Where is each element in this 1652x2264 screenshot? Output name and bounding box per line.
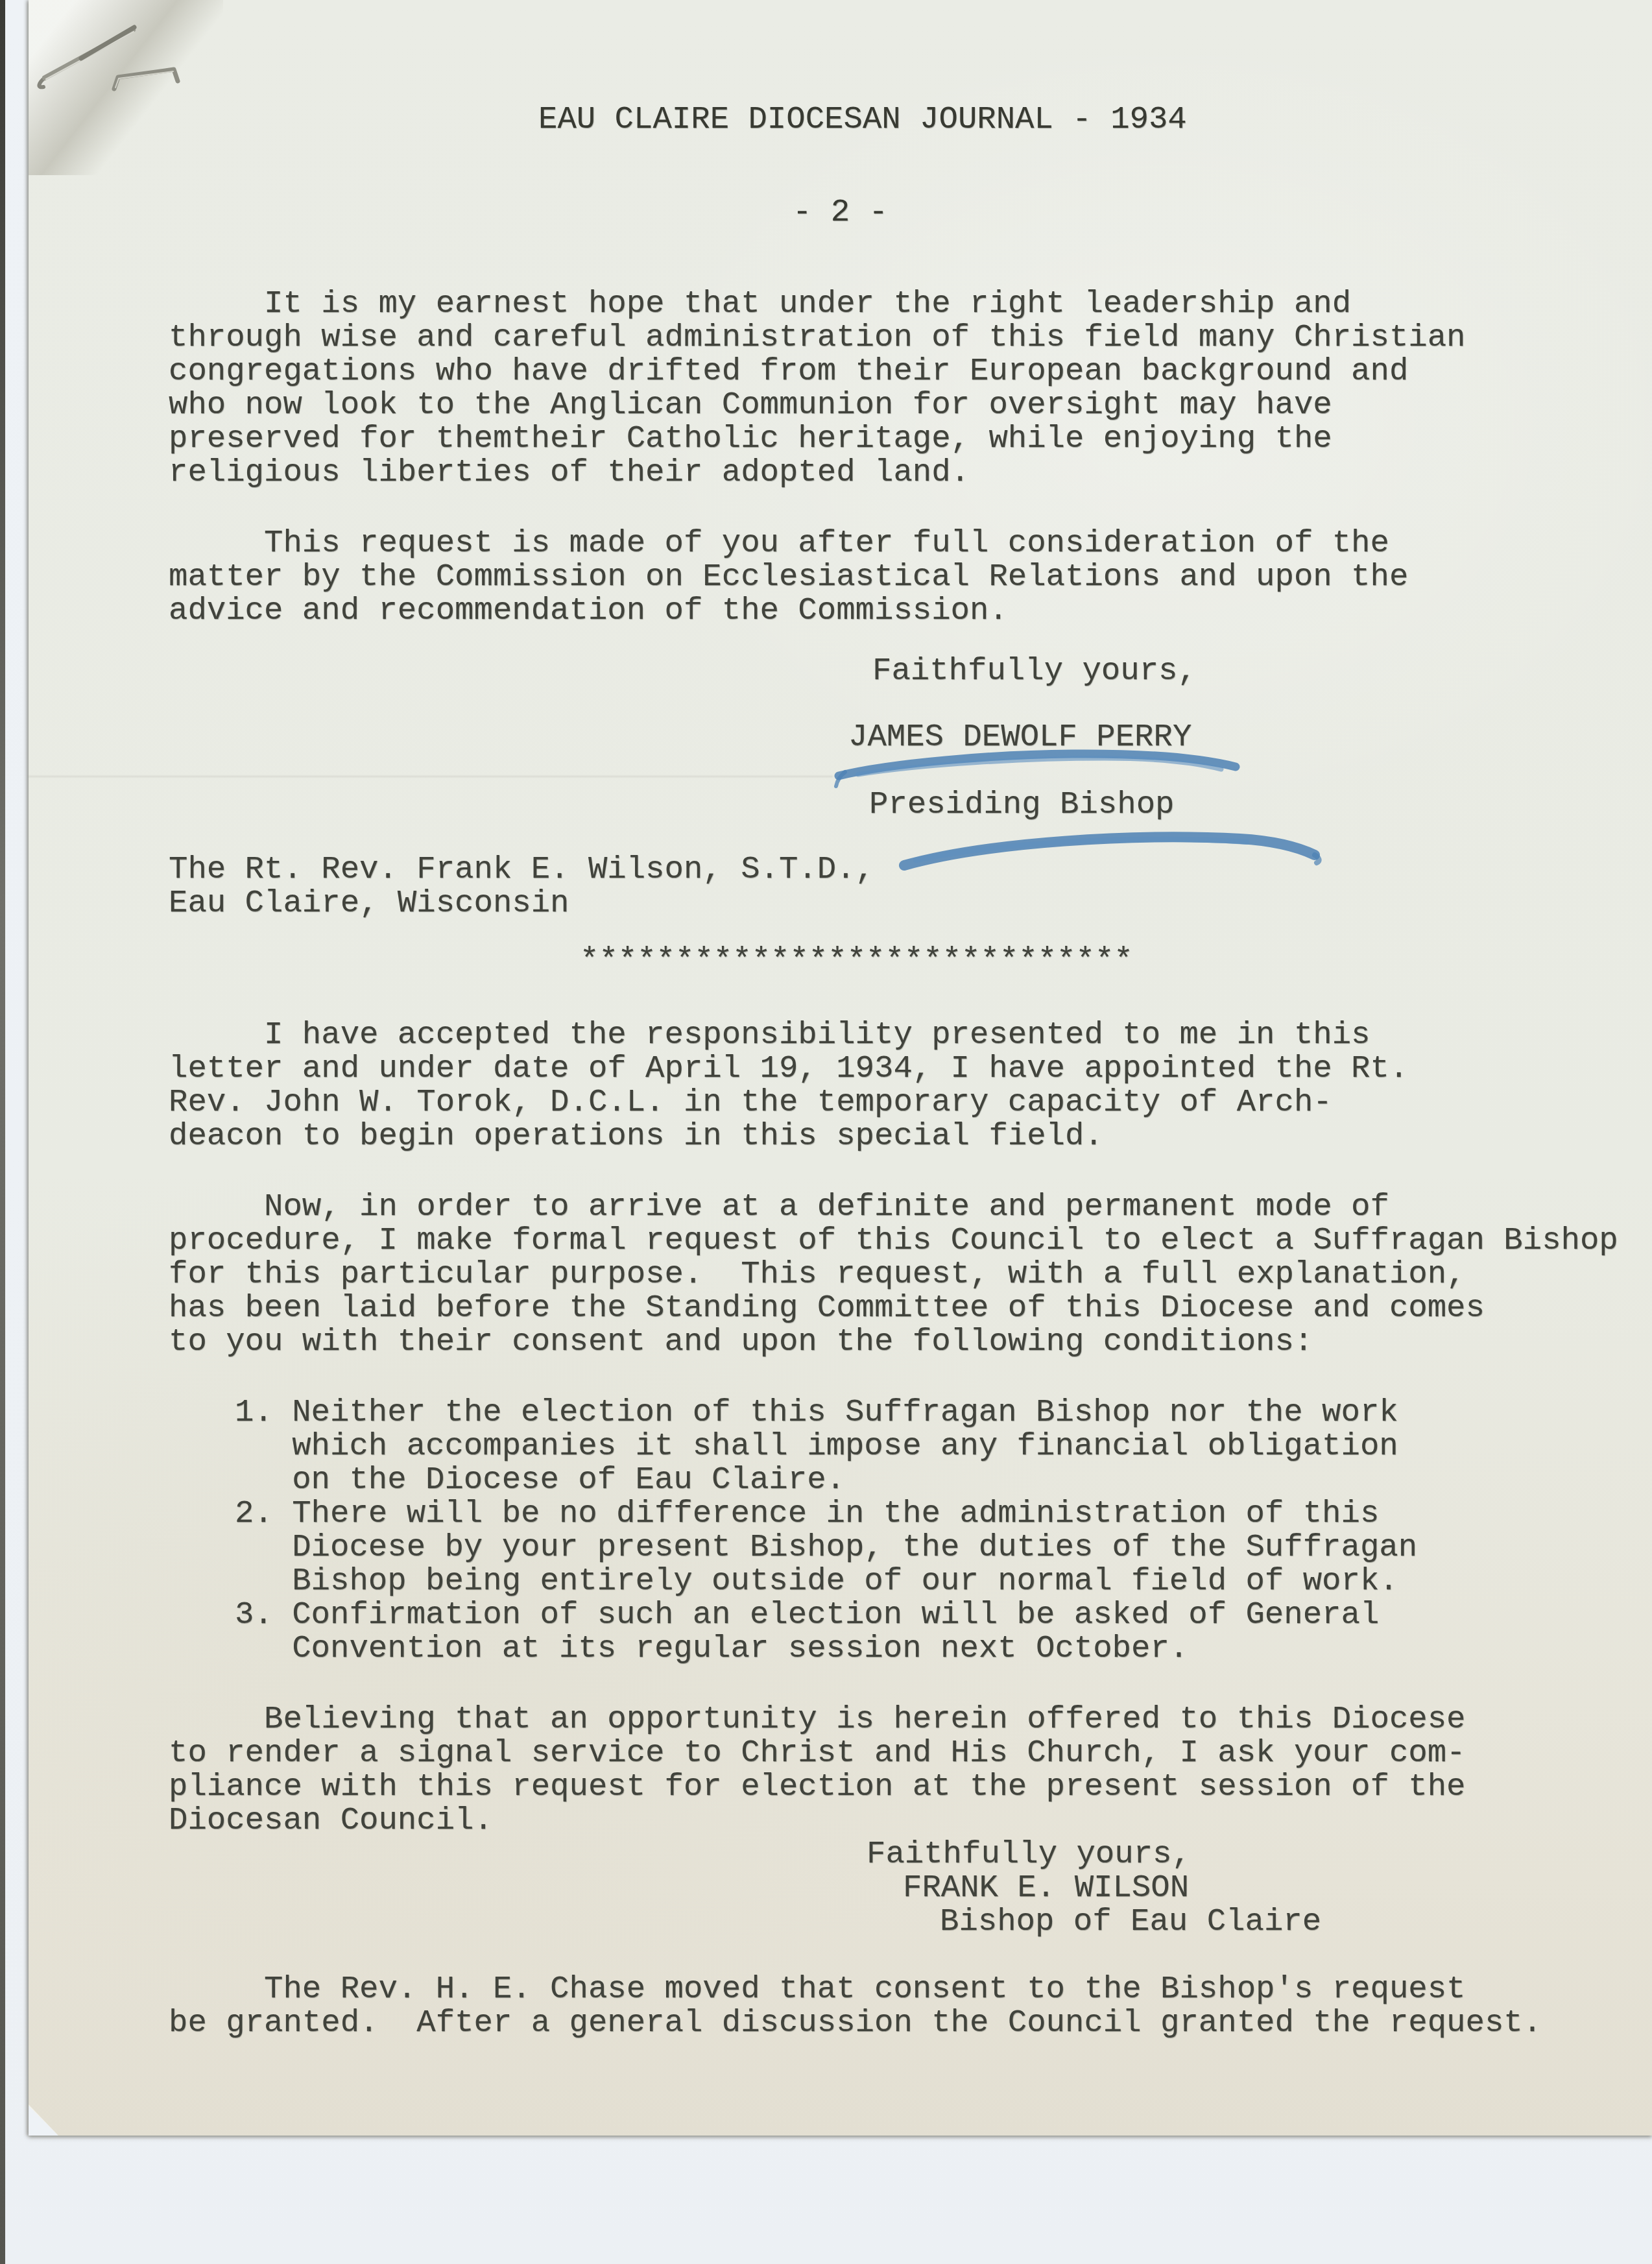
minutes-note: The Rev. H. E. Chase moved that consent …: [169, 1972, 1542, 2040]
paragraph-hope: It is my earnest hope that under the rig…: [169, 287, 1466, 489]
page-number: - 2 -: [793, 195, 888, 229]
paragraph-request: This request is made of you after full c…: [169, 526, 1408, 627]
signature-title-perry: Presiding Bishop: [869, 788, 1174, 821]
blue-underline-title: [896, 820, 1331, 878]
signature-title-wilson: Bishop of Eau Claire: [940, 1905, 1321, 1938]
closing-perry: Faithfully yours,: [872, 654, 1197, 688]
page-title: EAU CLAIRE DIOCESAN JOURNAL - 1934: [538, 102, 1187, 136]
scanned-letter-page: EAU CLAIRE DIOCESAN JOURNAL - 1934 - 2 -…: [0, 0, 1652, 2264]
asterisk-divider: *****************************: [580, 943, 1133, 977]
closing-wilson: Faithfully yours,: [867, 1837, 1191, 1871]
staple-icon-2: [110, 62, 188, 101]
paragraph-believing: Believing that an opportunity is herein …: [169, 1702, 1466, 1837]
paper-crease: [29, 776, 833, 777]
addressee-block: The Rt. Rev. Frank E. Wilson, S.T.D., Ea…: [169, 852, 874, 920]
condition-item-2: 2. There will be no difference in the ad…: [235, 1497, 1417, 1598]
condition-item-3: 3. Confirmation of such an election will…: [235, 1598, 1417, 1665]
paragraph-now: Now, in order to arrive at a definite an…: [169, 1190, 1618, 1358]
signature-wilson: FRANK E. WILSON: [903, 1871, 1189, 1905]
scan-edge-shadow: [0, 0, 5, 2264]
paragraph-accepted: I have accepted the responsibility prese…: [169, 1018, 1408, 1153]
conditions-list: 1. Neither the election of this Suffraga…: [235, 1395, 1417, 1665]
condition-item-1: 1. Neither the election of this Suffraga…: [235, 1395, 1417, 1497]
